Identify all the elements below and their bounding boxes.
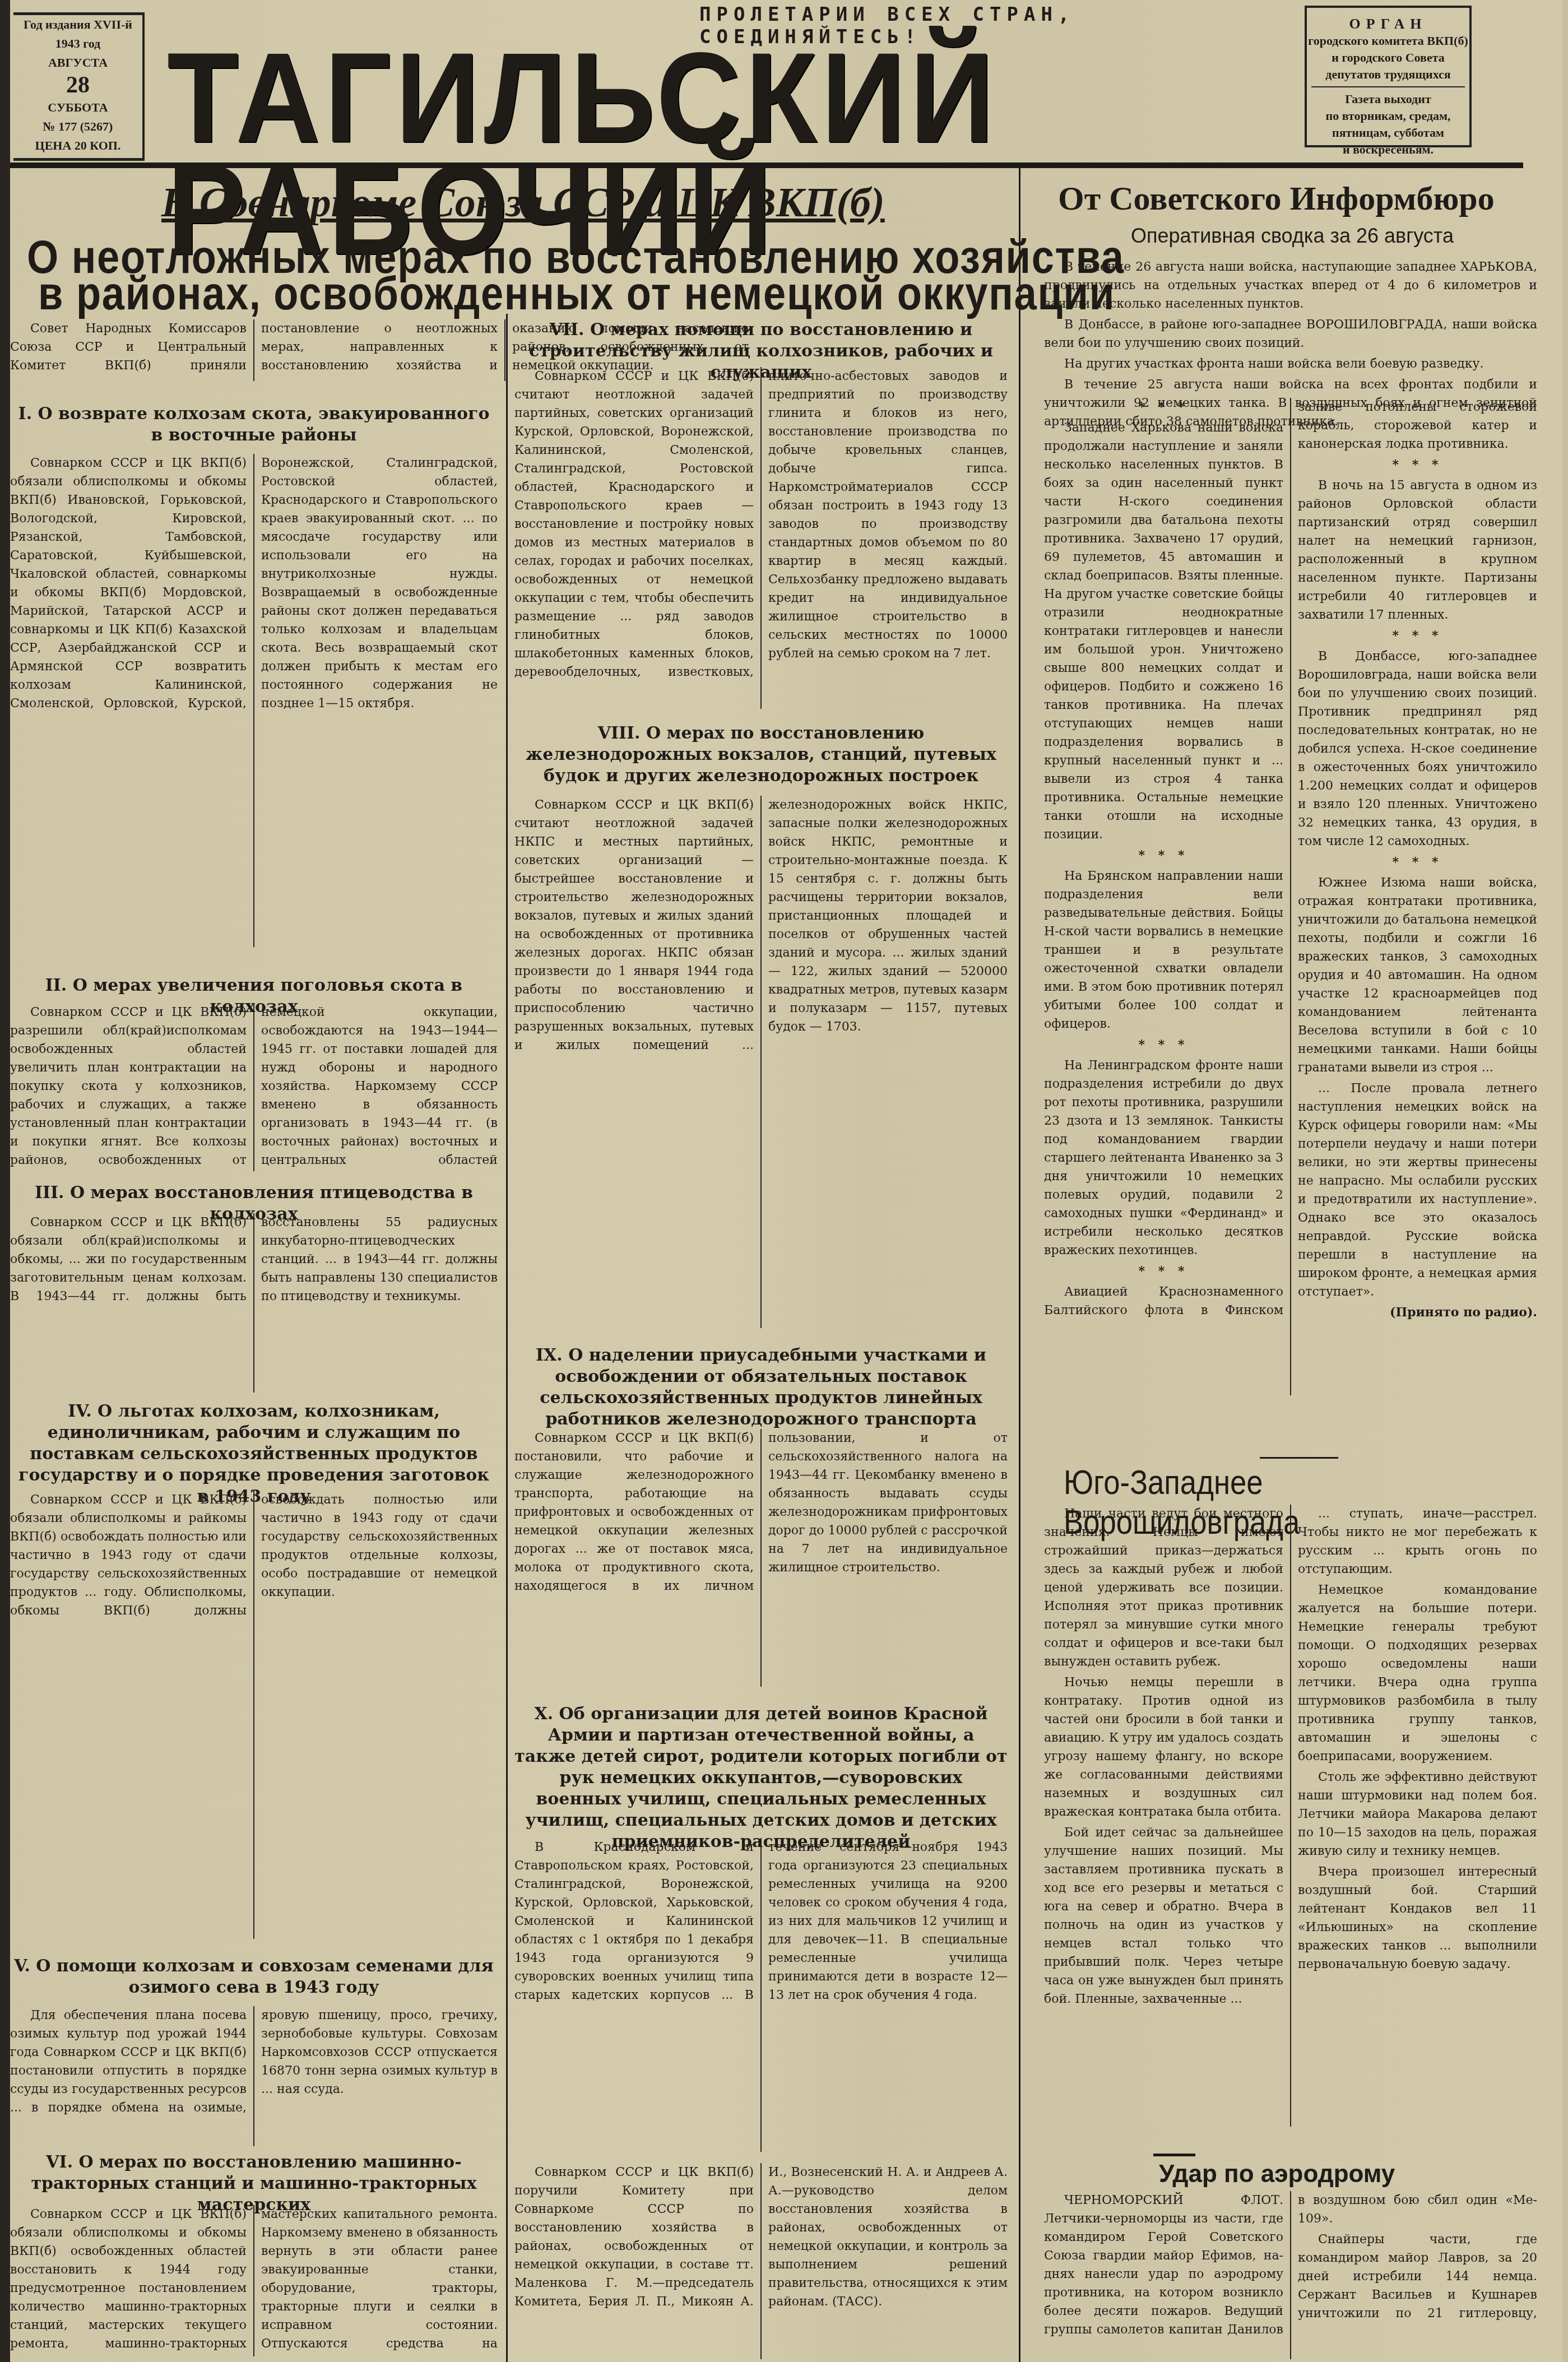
short-rule — [1260, 1457, 1338, 1459]
column-divider — [506, 314, 508, 2362]
issue-weekday: СУББОТА — [13, 98, 142, 117]
section-8-heading: VIII. О мерах по восстановлению железнод… — [514, 723, 1008, 787]
organ-line1: городского комитета ВКП(б) — [1307, 33, 1469, 49]
organ-box: ОРГАН городского комитета ВКП(б) и город… — [1305, 6, 1472, 147]
section-9-heading: IX. О наделении приусадебными участками … — [514, 1345, 1008, 1430]
schedule-line2: по вторникам, средам, — [1307, 108, 1469, 124]
section-1-heading: I. О возврате колхозам скота, эвакуирова… — [10, 403, 498, 446]
section-4-body: Совнарком СССР и ЦК ВКП(б) обязали облис… — [10, 1491, 498, 1939]
sovinformburo-heading: От Советского Информбюро — [1058, 179, 1495, 218]
section-5-body: Для обеспечения плана посева озимых куль… — [10, 2006, 498, 2146]
schedule-line3: пятницам, субботам — [1307, 124, 1469, 141]
lead-headline-2: в районах, освобожденных от немецкой окк… — [38, 266, 1115, 320]
masthead-rule — [10, 163, 1523, 168]
voroshilovgrad-body: Наши части ведут бои местного значения. … — [1044, 1505, 1537, 2127]
newspaper-page: ПРОЛЕТАРИИ ВСЕХ СТРАН, СОЕДИНЯЙТЕСЬ! Год… — [10, 0, 1562, 2362]
short-rule — [1153, 2154, 1195, 2156]
organ-title: ОРГАН — [1307, 16, 1469, 33]
issue-price: ЦЕНА 20 КОП. — [13, 136, 142, 155]
section-10-heading: X. Об организации для детей воинов Красн… — [514, 1704, 1008, 1853]
organ-line2: и городского Совета — [1307, 49, 1469, 66]
section-7-body: Совнарком СССР и ЦК ВКП(б) считают неотл… — [514, 367, 1008, 709]
section-6-body: Совнарком СССР и ЦК ВКП(б) обязали облис… — [10, 2205, 498, 2356]
section-9-body: Совнарком СССР и ЦК ВКП(б) постановили, … — [514, 1429, 1008, 1687]
organ-line3: депутатов трудящихся — [1307, 66, 1469, 83]
section-10-body: В Краснодарском и Ставропольском краях, … — [514, 1838, 1008, 2152]
section-2-body: Совнарком СССР и ЦК ВКП(б) разрешили обл… — [10, 1003, 498, 1171]
airfield-heading: Удар по аэродрому — [1159, 2160, 1395, 2188]
issue-number: № 177 (5267) — [13, 117, 142, 136]
section-8-body: Совнарком СССР и ЦК ВКП(б) считают неотл… — [514, 796, 1008, 1328]
sovinformburo-reports: * * * Западнее Харькова наши войска прод… — [1044, 398, 1537, 1395]
section-3-body: Совнарком СССР и ЦК ВКП(б) обязали обл(к… — [10, 1213, 498, 1393]
page-edge — [0, 0, 10, 2362]
sovinformburo-subheading: Оперативная сводка за 26 августа — [1131, 224, 1454, 248]
issue-info-box: Год издания XVII-й 1943 год АВГУСТА 28 С… — [13, 12, 145, 161]
issue-year: 1943 год — [13, 34, 142, 53]
issue-month: АВГУСТА — [13, 53, 142, 72]
schedule-line4: и воскресеньям. — [1307, 141, 1469, 158]
committee-body: Совнарком СССР и ЦК ВКП(б) поручили Коми… — [514, 2163, 1008, 2359]
column-divider — [1019, 168, 1020, 2362]
organ-divider — [1311, 86, 1465, 87]
schedule-line1: Газета выходит — [1307, 91, 1469, 108]
section-5-heading: V. О помощи колхозам и совхозам семенами… — [10, 1956, 498, 1998]
lead-kicker: В Совнаркоме Союза ССР и ЦК ВКП(б) — [161, 179, 885, 227]
section-1-body: Совнарком СССР и ЦК ВКП(б) обязали облис… — [10, 454, 498, 947]
lead-intro: Совет Народных Комиссаров Союза ССР и Це… — [10, 319, 498, 381]
airfield-body: ЧЕРНОМОРСКИЙ ФЛОТ. Летчики-черноморцы из… — [1044, 2191, 1537, 2359]
publication-year: Год издания XVII-й — [13, 15, 142, 34]
issue-day: 28 — [13, 72, 142, 98]
